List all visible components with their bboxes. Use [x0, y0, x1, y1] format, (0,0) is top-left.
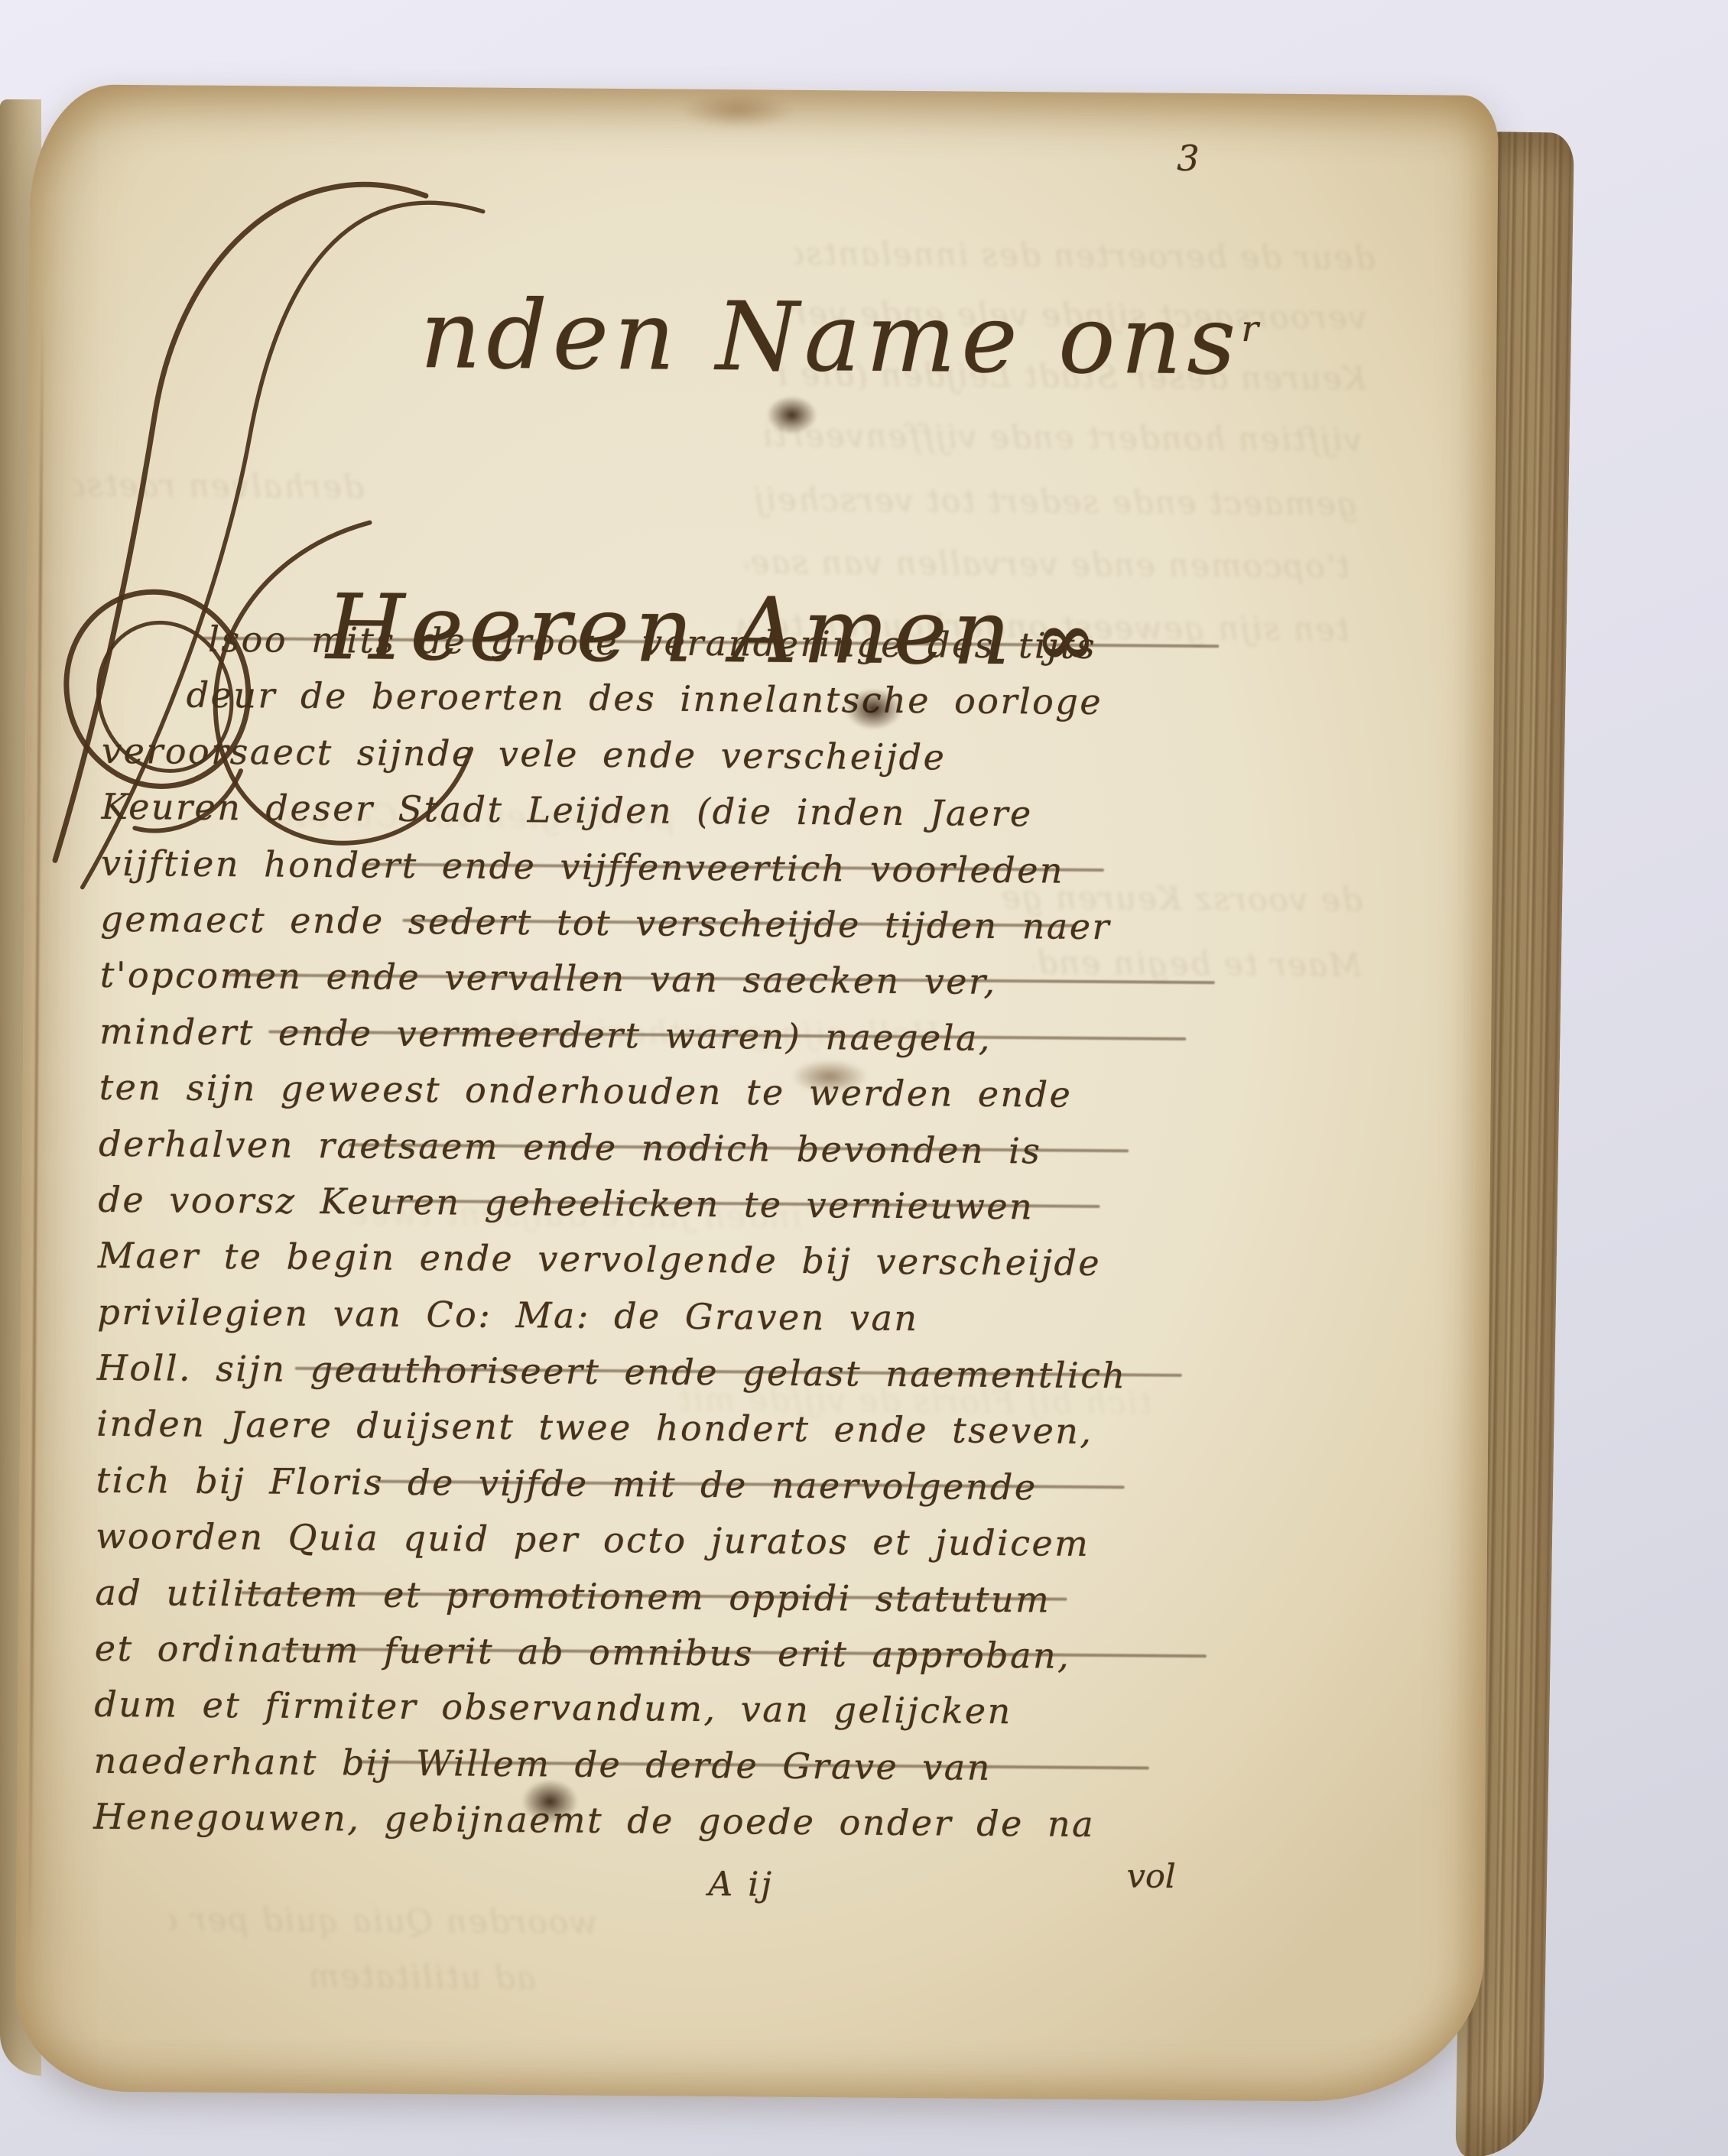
ink-blot — [766, 396, 817, 435]
manuscript-line: et ordinatum fuerit ab omnibus erit appr… — [95, 1621, 1258, 1686]
manuscript-line: tich bij Floris de vijfde mit de naervol… — [96, 1453, 1259, 1518]
manuscript-line: Holl. sijn geauthoriseert ende gelast na… — [97, 1340, 1260, 1405]
manuscript-line: Keuren deser Stadt Leijden (die inden Ja… — [101, 779, 1264, 844]
showthrough-line: ad utilitatem et promotionem oppidi stat… — [306, 1958, 535, 1998]
manuscript-line: privilegien van Co: Ma: de Graven van — [97, 1284, 1260, 1349]
heading-superscript: r — [1241, 308, 1264, 350]
manuscript-line: gemaect ende sedert tot verscheijde tijd… — [100, 891, 1263, 956]
manuscript-line: woorden Quia quid per octo juratos et ju… — [96, 1508, 1259, 1573]
ink-blot — [521, 1779, 578, 1824]
manuscript-line: Henegouwen, gebijnaemt de goede onder de… — [93, 1789, 1256, 1854]
manuscript-line: derhalven raetsaem ende nodich bevonden … — [99, 1115, 1262, 1180]
ink-blot — [845, 688, 901, 730]
showthrough-line: deur de beroerten des innelantsche oorlo… — [794, 235, 1375, 278]
manuscript-line: de voorsz Keuren geheelicken te vernieuw… — [98, 1172, 1261, 1237]
showthrough-line: vijftien hondert ende vijffenveertich vo… — [765, 417, 1362, 460]
ink-smudge — [791, 1060, 868, 1094]
showthrough-line: gemaect ende sedert tot verscheijde tijd… — [754, 481, 1358, 524]
paper-stain — [680, 93, 795, 128]
manuscript-line: lsoo mits de groote veranderinge des tij… — [102, 611, 1265, 676]
manuscript-line: t'opcomen ende vervallen van saecken ver… — [100, 947, 1263, 1012]
quire-signature-mark: A ij — [708, 1865, 774, 1904]
manuscript-line: inden Jaere duijsent twee hondert ende t… — [96, 1396, 1259, 1461]
showthrough-line: derhalven raetsaem ende nodich bevonden … — [73, 466, 364, 507]
manuscript-page: deur de beroerten des innelantsche oorlo… — [15, 84, 1499, 2102]
manuscript-line: ten sijn geweest onderhouden te werden e… — [99, 1060, 1262, 1125]
manuscript-line: naederhant bij Willem de derde Grave van — [93, 1733, 1256, 1798]
manuscript-line: vijftien hondert ende vijffenveertich vo… — [101, 835, 1264, 900]
manuscript-line: ad utilitatem et promotionem oppidi stat… — [95, 1564, 1258, 1629]
heading-line-1: nden Name onsr — [420, 287, 1264, 389]
manuscript-line: dum et firmiter observandum, van gelijck… — [94, 1677, 1257, 1742]
body-text-block: lsoo mits de groote veranderinge des tij… — [93, 611, 1265, 1854]
page-crease — [28, 313, 44, 1957]
manuscript-line: mindert ende vermeerdert waren) naegela, — [99, 1003, 1262, 1068]
catchword: vol — [1126, 1857, 1175, 1896]
manuscript-photo: deur de beroerten des innelantsche oorlo… — [0, 0, 1728, 2156]
manuscript-line: deur de beroerten des innelantsche oorlo… — [102, 667, 1265, 732]
page-number: 3 — [1177, 138, 1200, 179]
manuscript-line: veroorsaect sijnde vele ende verscheijde — [102, 723, 1265, 788]
heading-line-1-text: nden Name ons — [420, 280, 1242, 396]
showthrough-line: woorden Quia quid per octo juratos et ju… — [169, 1901, 597, 1942]
manuscript-line: Maer te begin ende vervolgende bij versc… — [98, 1228, 1261, 1293]
